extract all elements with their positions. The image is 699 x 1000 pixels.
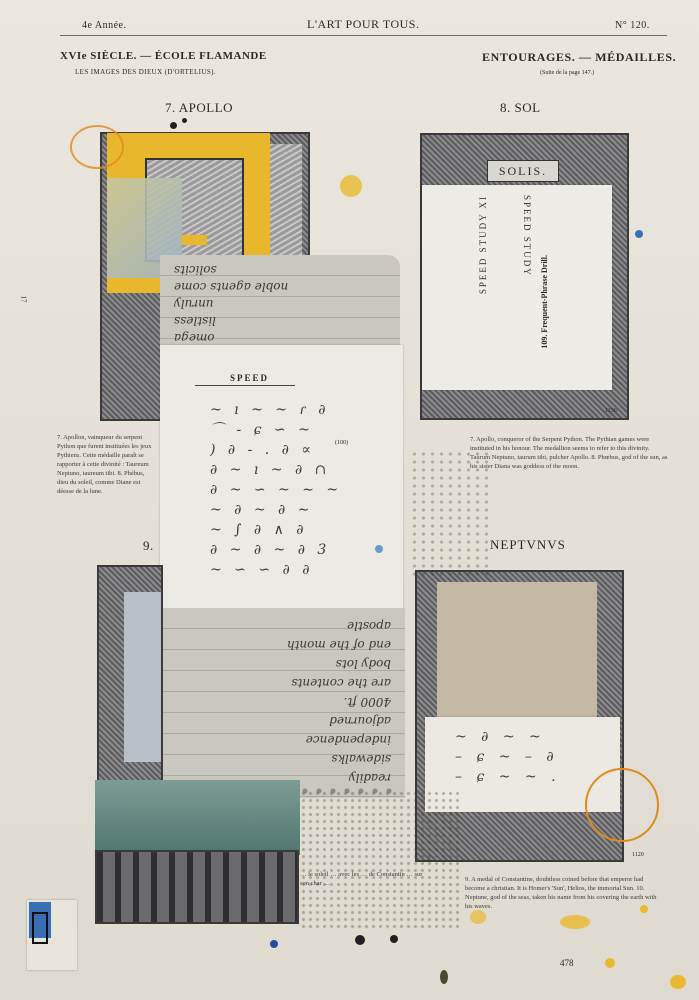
blue-splatter <box>270 940 278 948</box>
yellow-splatter <box>560 915 590 929</box>
caption-apollo: 7. APOLLO <box>165 100 233 116</box>
hw-line: sidewalks <box>174 749 391 768</box>
body-text-left: 7. Apollon, vainqueur du serpent Python … <box>57 433 157 496</box>
speed-label: SPEED <box>230 373 269 383</box>
hw-line: are the contents <box>174 673 391 692</box>
sol-engraving: SOLIS. SPEED STUDY XI SPEED STUDY 109. F… <box>420 133 629 420</box>
stamp-card <box>27 900 77 970</box>
urn-engraving <box>97 565 163 789</box>
building-engraving <box>95 850 299 924</box>
plate-number-1136: 1136 <box>605 408 617 414</box>
header-rule <box>60 35 667 36</box>
hw-line: solicits <box>174 261 386 278</box>
solis-cartouche: SOLIS. <box>487 160 559 182</box>
upside-down-note-top: omega listless unruly noble agents come … <box>160 255 400 355</box>
yellow-splatter <box>605 958 615 968</box>
black-splatter <box>390 935 398 943</box>
collage-page: 4e Année. L'ART POUR TOUS. N° 120. XVIe … <box>0 0 699 1000</box>
speed-underline <box>195 385 295 386</box>
hw-line: body lots <box>174 654 391 673</box>
hw-line: apostle <box>174 616 391 635</box>
speed-study-card: SPEED STUDY XI SPEED STUDY 109. Frequent… <box>422 185 612 390</box>
hw-line: 4000 ft. <box>174 692 391 711</box>
hw-line: unruly <box>174 295 386 312</box>
upside-down-handwriting-bottom: readily sidewalks independence adjourned… <box>160 608 405 795</box>
orange-ring-left <box>70 125 124 169</box>
hw-line: adjourned <box>174 711 391 730</box>
black-seal <box>32 912 48 944</box>
caption-sol: 8. SOL <box>500 100 541 116</box>
shorthand-strokes: ~ ı ~ ~ ɾ ∂⌒ - ɕ ∽ ~) ∂ - . ∂ ∝∂ ~ ı ~ ∂… <box>210 400 342 580</box>
margin-number: 17 <box>20 296 28 303</box>
subsection-right: (Suite de la page 147.) <box>540 70 594 76</box>
page-number: 478 <box>560 958 574 968</box>
speckle-spray <box>410 450 490 580</box>
stained-paper <box>437 582 597 732</box>
body-text-right: 7. Apollo, conqueror of the Serpent Pyth… <box>470 435 670 471</box>
speckle-spray <box>300 790 460 930</box>
caption-nine: 9. <box>143 538 154 554</box>
section-right: ENTOURAGES. — MÉDAILLES. <box>482 50 676 65</box>
hw-line: omega <box>174 329 386 346</box>
upside-down-note-bottom: readily sidewalks independence adjourned… <box>160 608 405 798</box>
yellow-splatter <box>340 175 362 197</box>
hw-line: end of the month <box>174 635 391 654</box>
subsection-left: LES IMAGES DES DIEUX (D'ORTELIUS). <box>75 68 216 76</box>
body-text-bottom-right: 9. A medal of Constantine, doubtless coi… <box>465 875 665 911</box>
header-year: 4e Année. <box>82 20 127 31</box>
yellow-splatter <box>470 910 486 924</box>
ledger-paper <box>124 592 161 762</box>
hw-line: independence <box>174 730 391 749</box>
blue-splatter <box>635 230 643 238</box>
black-splatter <box>355 935 365 945</box>
blue-splatter <box>375 545 383 553</box>
yellow-splatter <box>670 975 686 989</box>
phrase-drill-label: 109. Frequent-Phrase Drill. <box>540 255 549 349</box>
black-splatter <box>182 118 187 123</box>
green-watercolor <box>95 780 300 855</box>
speed-study-label-2: SPEED STUDY XI <box>478 195 488 294</box>
upside-down-handwriting-top: omega listless unruly noble agents come … <box>160 255 400 352</box>
yellow-splatter <box>640 905 648 913</box>
speed-shorthand-sheet: SPEED (100) ~ ı ~ ~ ɾ ∂⌒ - ɕ ∽ ~) ∂ - . … <box>160 345 403 615</box>
hw-line: noble agents come <box>174 278 386 295</box>
black-splatter <box>440 970 448 984</box>
speed-study-label: SPEED STUDY <box>522 195 532 277</box>
caption-neptunus: NEPTVNVS <box>490 537 566 553</box>
orange-ring-right <box>585 768 659 842</box>
header-title: L'ART POUR TOUS. <box>307 17 419 32</box>
black-splatter <box>170 122 177 129</box>
hw-line: listless <box>174 312 386 329</box>
section-left: XVIe SIÈCLE. — ÉCOLE FLAMANDE <box>60 50 267 62</box>
header-issue: N° 120. <box>615 20 650 31</box>
plate-number-1120: 1120 <box>632 852 644 858</box>
